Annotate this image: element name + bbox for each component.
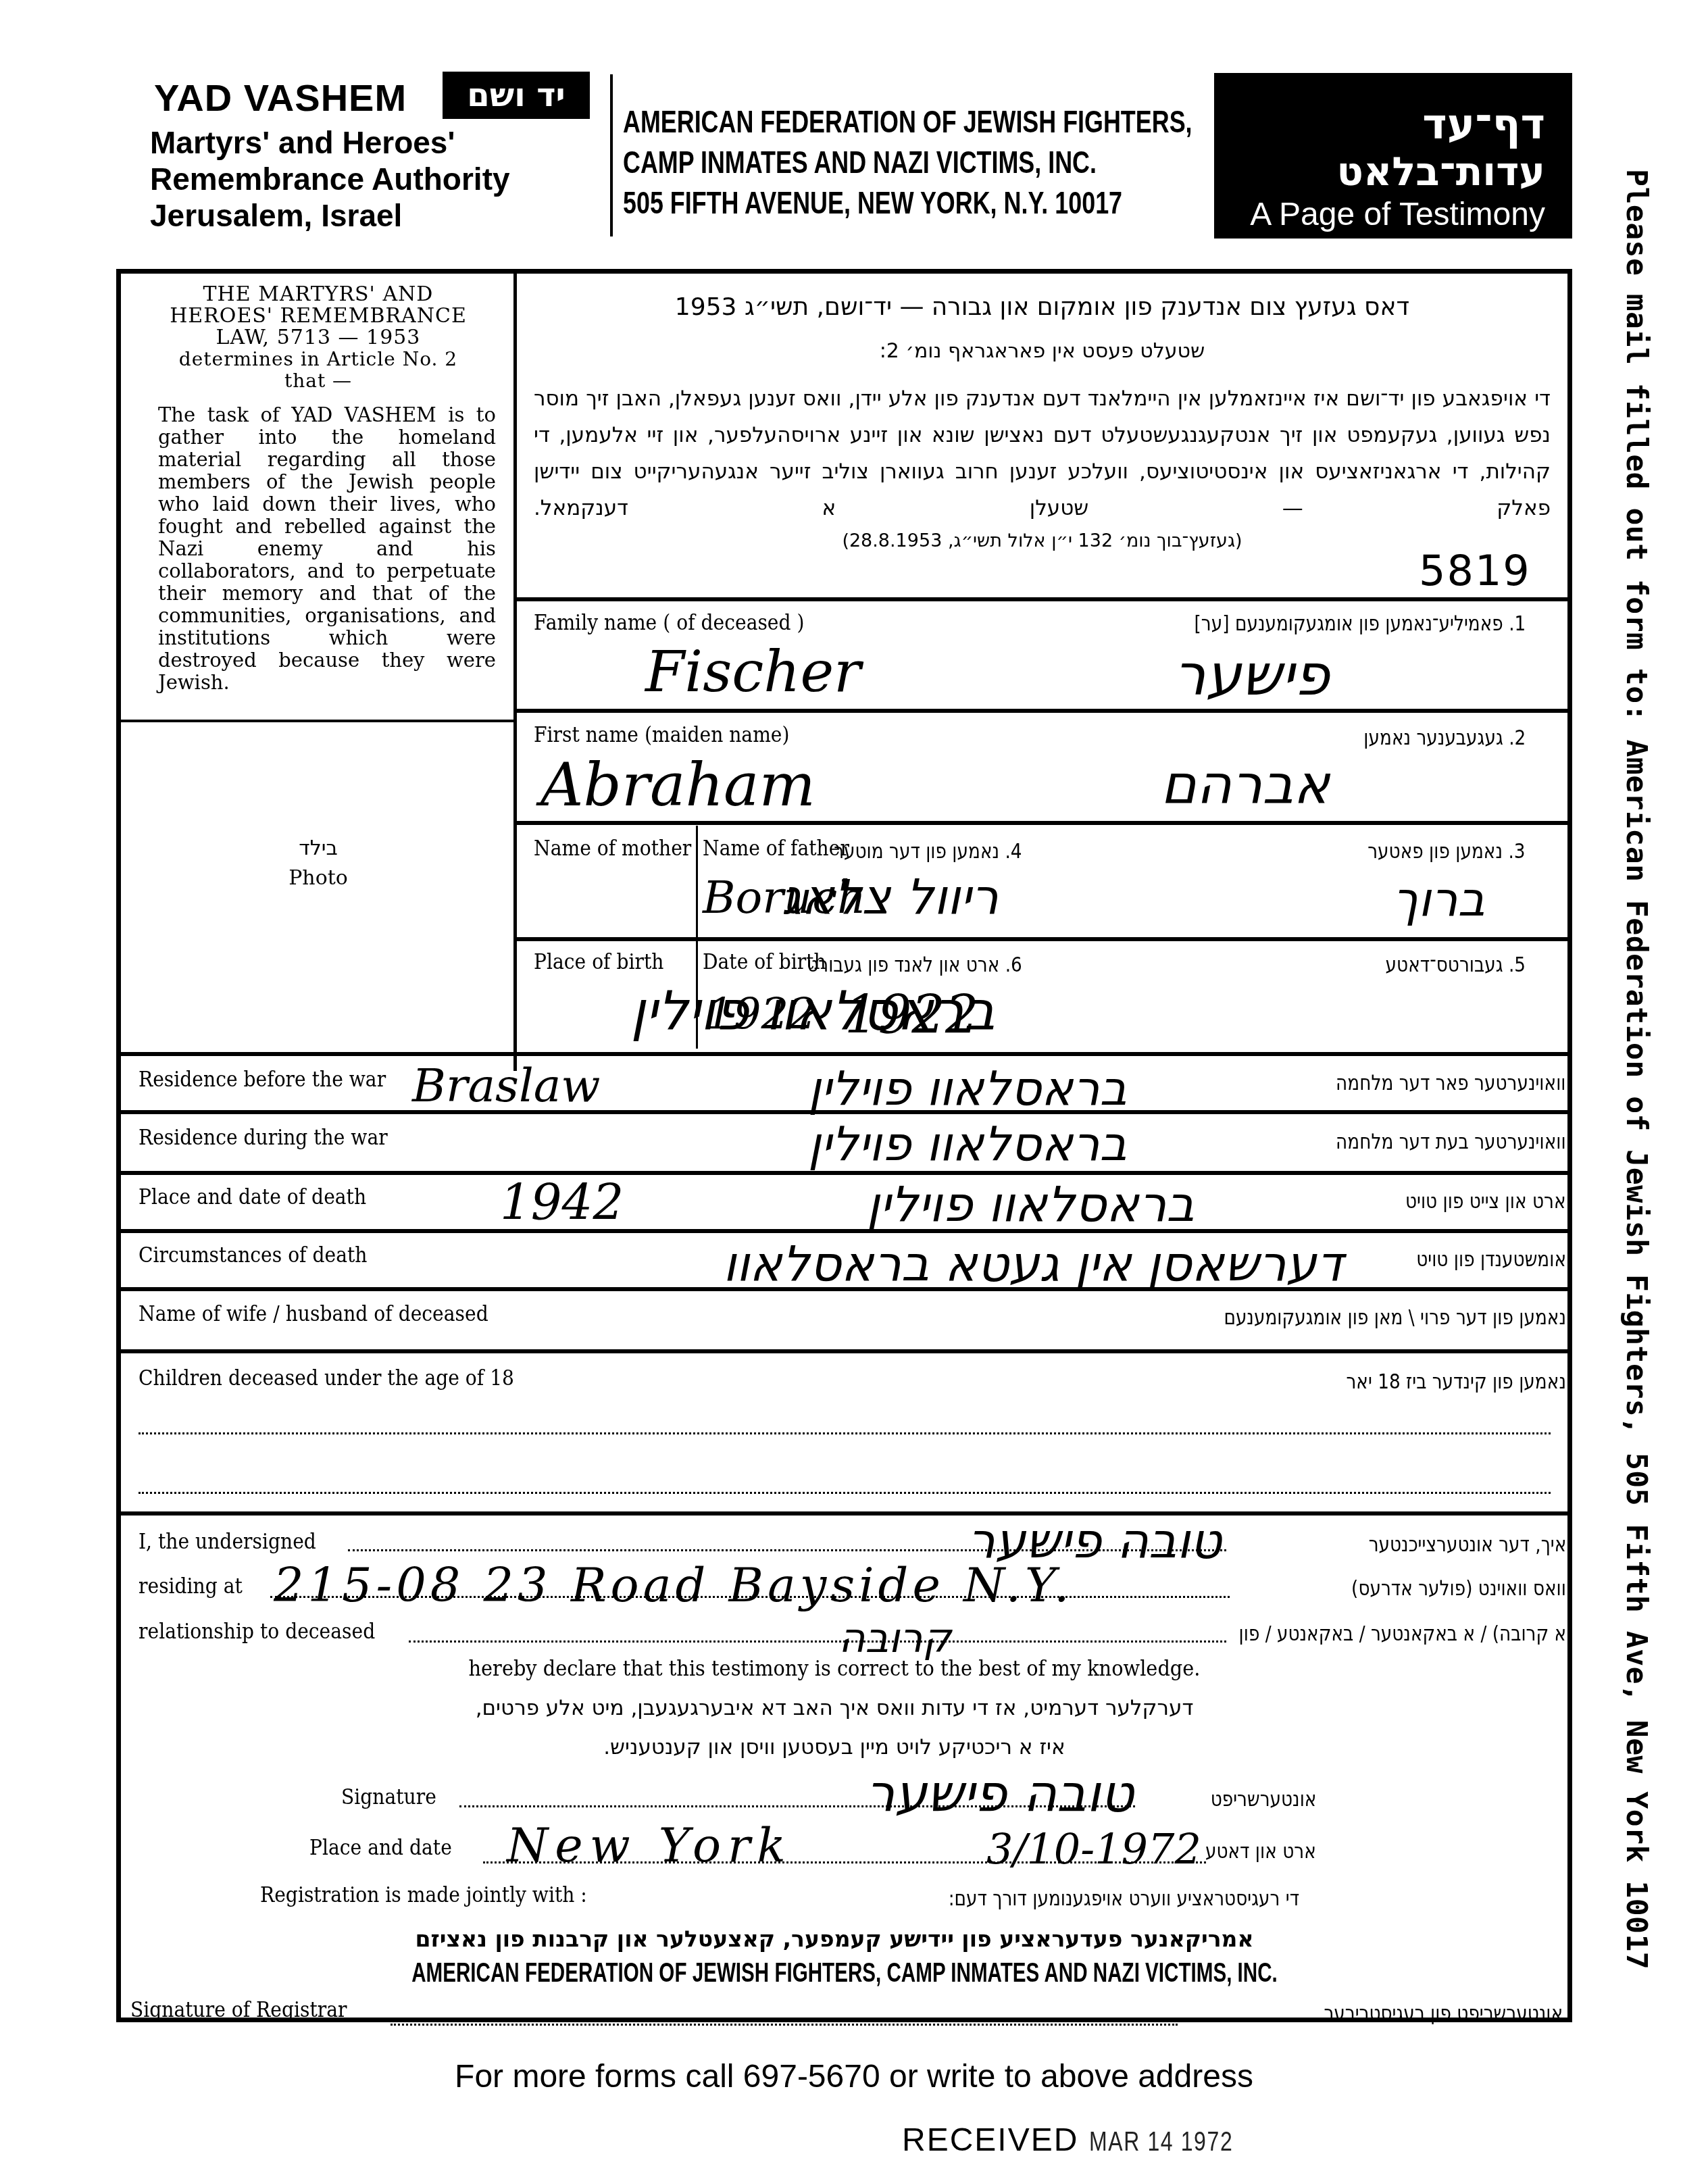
received-label: RECEIVED xyxy=(902,2122,1078,2158)
family-name-label-yiddish: 1. פאמיליע־נאמען פון אומגעקומענעם [ער] xyxy=(1194,611,1526,636)
federation-address: 505 FIFTH AVENUE, NEW YORK, N.Y. 10017 xyxy=(623,182,1192,223)
spouse-label-yiddish: נאמען פון דער פרוי \ מאן פון אומגעקומענע… xyxy=(1224,1305,1566,1330)
law-heading-2: HEROES' REMEMBRANCE xyxy=(126,305,511,327)
family-name-value-yiddish[interactable]: פישער xyxy=(1174,642,1330,708)
death-circumstances-value-yiddish[interactable]: דערשאסן אין געטא בראסלאוו xyxy=(723,1235,1343,1292)
more-forms-note: For more forms call 697-5670 or write to… xyxy=(0,2058,1708,2095)
row-divider xyxy=(120,1171,1569,1175)
place-of-birth-label-yiddish: 6. ארט און לאנד פון געבורט xyxy=(807,953,1022,977)
law-heading-1: THE MARTYRS' AND xyxy=(126,284,511,305)
undersigned-label: I, the undersigned xyxy=(139,1528,316,1554)
row-divider xyxy=(120,1229,1569,1233)
residence-during-label-yiddish: וואוינערטער בעת דער מלחמה xyxy=(1336,1130,1566,1154)
death-circumstances-label-yiddish: אומשטענדן פון טויט xyxy=(1416,1247,1566,1272)
page-of-testimony-badge: דף־עד עדות־בלאט A Page of Testimony xyxy=(1214,73,1572,239)
law-heading-5: that — xyxy=(126,370,511,392)
first-name-value[interactable]: Abraham xyxy=(541,750,815,820)
law-box: THE MARTYRS' AND HEROES' REMEMBRANCE LAW… xyxy=(126,276,511,722)
residing-value[interactable]: 215-08 23 Road Bayside N.Y. xyxy=(274,1557,1074,1613)
row-divider xyxy=(513,709,1567,713)
children-line-2[interactable] xyxy=(139,1492,1551,1494)
law-heading-4: determines in Article No. 2 xyxy=(126,349,511,370)
signature-value-yiddish[interactable]: טובה פישער xyxy=(865,1763,1134,1824)
registrar-signature-label-yiddish: אונטערשריפט פון רעגיסטרירער xyxy=(1324,2001,1563,2026)
undersigned-label-yiddish: איך, דער אונטערצייכנטער xyxy=(1368,1532,1566,1557)
federation-block: AMERICAN FEDERATION OF JEWISH FIGHTERS, … xyxy=(623,101,1192,223)
residence-before-value-yiddish[interactable]: בראסלאוו פוילין xyxy=(808,1061,1127,1116)
federation-name-footer: AMERICAN FEDERATION OF JEWISH FIGHTERS, … xyxy=(309,1958,1380,1988)
father-name-value-yiddish[interactable]: ברוך xyxy=(1392,872,1485,927)
date-of-birth-label: Date of birth xyxy=(703,949,826,974)
relationship-line[interactable] xyxy=(409,1640,1226,1643)
place-value[interactable]: New York xyxy=(507,1818,793,1873)
residence-before-label: Residence before the war xyxy=(139,1066,386,1092)
father-name-label: Name of father xyxy=(703,835,849,861)
residence-before-label-yiddish: וואוינערטער פאר דער מלחמה xyxy=(1336,1071,1566,1095)
father-name-label-yiddish: 3. נאמען פון פאטער xyxy=(1368,839,1526,863)
yad-vashem-subtitle-2: Remembrance Authority xyxy=(150,161,510,197)
residing-label: residing at xyxy=(139,1573,243,1599)
row-divider xyxy=(120,1511,1569,1516)
row-divider xyxy=(120,1110,1569,1114)
registrar-signature-label: Signature of Registrar xyxy=(130,1997,347,2022)
declaration-statement-yiddish-1: דערקלער דערמיט, אז די עדות וואס איך האב … xyxy=(324,1696,1345,1720)
yiddish-law-subtitle: שטעלט פעסט אין פאראגראף נומ׳ 2: xyxy=(534,328,1551,375)
death-place-value-yiddish[interactable]: בראסלאוו פוילין xyxy=(866,1176,1195,1232)
yad-vashem-subtitle-1: Martyrs' and Heroes' xyxy=(150,124,455,161)
death-place-date-label-yiddish: ארט און צייט פון טויט xyxy=(1405,1189,1566,1213)
header-divider xyxy=(610,74,613,236)
law-heading-3: LAW, 5713 — 1953 xyxy=(126,327,511,349)
received-stamp: RECEIVED MAR 14 1972 xyxy=(902,2122,1269,2159)
record-number: 5819 xyxy=(1419,546,1531,595)
registrar-signature-line[interactable] xyxy=(391,2024,1178,2026)
relationship-label: relationship to deceased xyxy=(139,1618,375,1644)
family-name-label: Family name ( of deceased ) xyxy=(534,609,804,635)
date-of-birth-value[interactable]: 1922 xyxy=(706,990,816,1040)
family-name-value[interactable]: Fischer xyxy=(645,638,861,705)
yad-vashem-location: Jerusalem, Israel xyxy=(150,197,402,234)
date-of-birth-label-yiddish: 5. געבורטס־דאטע xyxy=(1386,953,1526,977)
spouse-label: Name of wife / husband of deceased xyxy=(139,1301,488,1326)
federation-name-2: CAMP INMATES AND NAZI VICTIMS, INC. xyxy=(623,142,1192,182)
date-value[interactable]: 3/10-1972 xyxy=(986,1824,1201,1874)
relationship-label-yiddish: א קרובה) / א באקאנטער / באקאנטע / פון xyxy=(1238,1622,1566,1646)
yiddish-law-citation: (געזעץ־בוך נומ׳ 132 י״ן אלול תשי״ג, 28.8… xyxy=(534,528,1551,555)
badge-yiddish-1: דף־עד xyxy=(1214,100,1545,149)
children-label-yiddish: נאמען פון קינדער ביז 18 יאר xyxy=(1347,1370,1566,1394)
death-year-value[interactable]: 1942 xyxy=(500,1174,624,1231)
first-name-value-yiddish[interactable]: אברהם xyxy=(1161,753,1330,816)
children-label: Children deceased under the age of 18 xyxy=(139,1365,514,1391)
residing-label-yiddish: וואס וואוינט (פולער אדרעס) xyxy=(1351,1576,1566,1601)
yad-vashem-title: YAD VASHEM xyxy=(154,76,407,120)
signature-label-yiddish: אונטערשריפט xyxy=(1210,1787,1316,1811)
first-name-label-yiddish: 2. געגעבענער נאמען xyxy=(1363,726,1526,750)
joint-registration-label-yiddish: די רעגיסטראציע ווערט אויפגענומען דורך דע… xyxy=(949,1886,1299,1911)
place-date-label-yiddish: ארט און דאטע xyxy=(1205,1839,1316,1863)
row-divider xyxy=(120,1287,1569,1291)
yiddish-law-title: דאס געזעץ צום אנדענק פון אומקום און גבור… xyxy=(534,287,1551,328)
yiddish-law-text: דאס געזעץ צום אנדענק פון אומקום און גבור… xyxy=(534,287,1551,555)
date-of-birth-value-2[interactable]: 1922 xyxy=(845,985,979,1046)
yad-vashem-hebrew-logo: יד ושם xyxy=(443,72,590,119)
death-circumstances-label: Circumstances of death xyxy=(139,1242,367,1268)
badge-yiddish-2: עדות־בלאט xyxy=(1214,149,1545,195)
received-date: MAR 14 1972 xyxy=(1089,2127,1233,2157)
mother-name-label-yiddish: 4. נאמען פון דער מוטער xyxy=(834,839,1022,863)
mother-name-label: Name of mother xyxy=(534,835,691,861)
row-divider xyxy=(120,1052,1569,1056)
row-divider xyxy=(120,1349,1569,1353)
row-divider xyxy=(513,821,1567,825)
signature-label: Signature xyxy=(341,1784,436,1809)
federation-name-1: AMERICAN FEDERATION OF JEWISH FIGHTERS, xyxy=(623,101,1192,142)
left-column-divider xyxy=(513,274,517,1071)
first-name-label: First name (maiden name) xyxy=(534,722,790,747)
children-line-1[interactable] xyxy=(139,1432,1551,1434)
row-divider xyxy=(513,597,1567,601)
mailing-instruction: Please mail filled out form to: American… xyxy=(1618,169,1659,2115)
place-date-label: Place and date xyxy=(309,1834,452,1860)
residence-during-label: Residence during the war xyxy=(139,1124,388,1150)
photo-label-yiddish: בילד xyxy=(126,836,511,860)
father-name-value[interactable]: Boruch xyxy=(703,872,866,924)
residence-during-value-yiddish[interactable]: בראסלאוו פוילין xyxy=(808,1116,1127,1172)
row-divider xyxy=(513,937,1567,941)
declaration-statement: hereby declare that this testimony is co… xyxy=(376,1655,1294,1681)
death-place-date-label: Place and date of death xyxy=(139,1184,366,1209)
yiddish-law-paragraph: די אויפגאבע פון יד־ושם איז איינזאמלען אי… xyxy=(534,380,1551,526)
joint-registration-label: Registration is made jointly with : xyxy=(260,1882,587,1907)
photo-label: Photo xyxy=(126,866,511,890)
badge-english: A Page of Testimony xyxy=(1214,195,1545,235)
law-body: The task of YAD VASHEM is to gather into… xyxy=(126,404,511,694)
place-of-birth-label: Place of birth xyxy=(534,949,663,974)
declaration-statement-yiddish-2: איז א ריכטיקע לויט מיין בעסטען וויסן און… xyxy=(324,1735,1345,1759)
federation-name-yiddish: אמריקאנער פעדעראציע פון יידישע קעמפער, ק… xyxy=(324,1926,1345,1952)
residence-before-value[interactable]: Braslaw xyxy=(412,1059,600,1113)
